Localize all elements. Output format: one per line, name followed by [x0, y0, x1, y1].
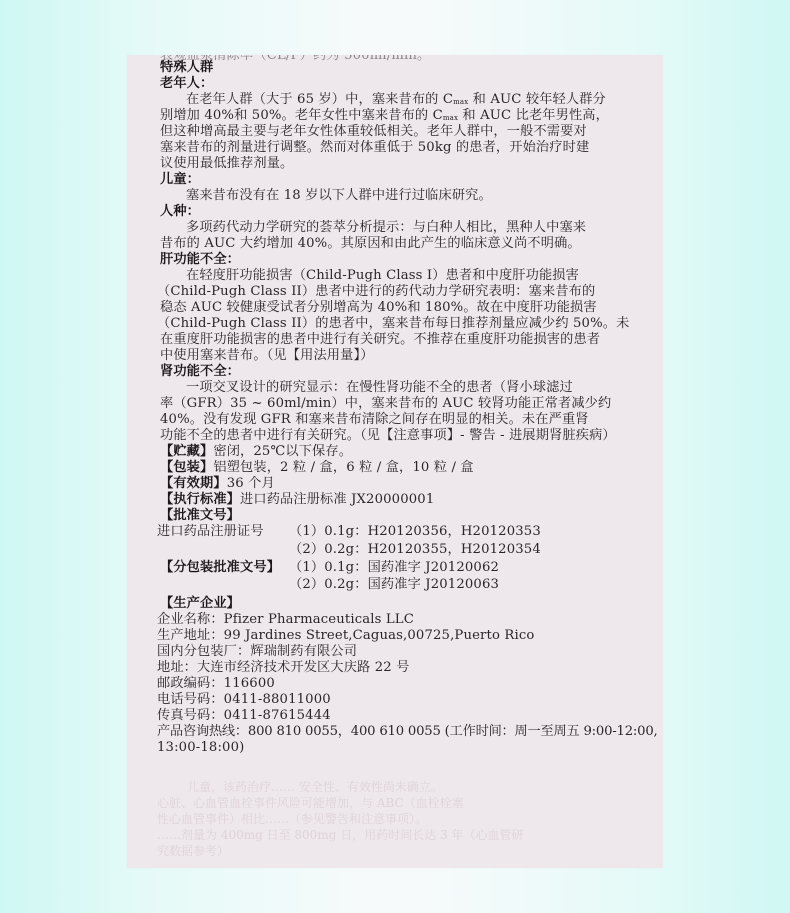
bleed-through-text: 究数据参考）	[157, 844, 229, 859]
heading-renal: 肾功能不全：	[160, 364, 240, 379]
hepatic-line-2: （Child-Pugh Class II）患者中进行的药代动力学研究表明：塞来昔…	[157, 284, 595, 299]
elderly-line-3: 但这种增高最主要与老年女性体重较低相关。老年人群中，一般不需要对	[160, 124, 587, 139]
heading-elderly: 老年人：	[160, 76, 213, 91]
fax-number: 传真号码：0411-87615444	[157, 708, 331, 723]
renal-line-2: 率（GFR）35 ~ 60ml/min）中，塞来昔布的 AUC 较肾功能正常者减…	[160, 396, 611, 411]
import-reg-row-1: （1）0.1g：H20120356，H20120353	[289, 524, 541, 539]
package-row: 【包装】铝塑包装，2 粒 / 盒，6 粒 / 盒，10 粒 / 盒	[160, 460, 474, 475]
renal-line-3: 40%。没有发现 GFR 和塞来昔布清除之间存在明显的相关。未在严重肾	[160, 412, 589, 427]
standard-label: 【执行标准】	[160, 492, 240, 507]
subpacker-address: 地址：大连市经济技术开发区大庆路 22 号	[157, 660, 410, 675]
hotline-hours-cont: 13:00-18:00)	[157, 740, 244, 755]
section-heading-special-populations: 特殊人群	[160, 60, 213, 75]
subpack-row-1: （1）0.1g：国药准字 J20120062	[289, 560, 499, 575]
subpack-row-2: （2）0.2g：国药准字 J20120063	[289, 577, 499, 592]
bleed-through-text: 心脏、心血管血栓事件风险可能增加，与 ABC（血栓栓塞	[157, 796, 464, 811]
subpacker-name: 国内分包装厂：辉瑞制药有限公司	[157, 644, 357, 659]
shelf-life-value: 36 个月	[227, 476, 275, 491]
manufacturer-address: 生产地址：99 Jardines Street,Caguas,00725,Pue…	[157, 628, 534, 643]
bleed-through-text: 性心血管事件）相比……（参见警告和注意事项）。	[157, 812, 427, 827]
standard-row: 【执行标准】进口药品注册标准 JX20000001	[160, 492, 434, 507]
manufacturer-label: 【生产企业】	[160, 596, 240, 611]
hepatic-line-5: 在重度肝功能损害的患者中进行有关研究。不推荐在重度肝功能损害的患者	[160, 332, 600, 347]
import-reg-label: 进口药品注册证号	[157, 524, 264, 539]
bleed-through-text: ……剂量为 400mg 日至 800mg 日，用药时间长达 3 年（心血管研	[157, 828, 523, 843]
hotline: 产品咨询热线：800 810 0055，400 610 0055 (工作时间：周…	[157, 724, 658, 739]
storage-row: 【贮藏】密闭，25℃以下保存。	[160, 444, 352, 459]
shelf-life-label: 【有效期】	[160, 476, 227, 491]
heading-race: 人种：	[160, 204, 200, 219]
postal-code: 邮政编码：116600	[157, 676, 275, 691]
hepatic-line-3: 稳态 AUC 较健康受试者分别增高为 40%和 180%。故在中度肝功能损害	[160, 300, 597, 315]
hepatic-line-1: 在轻度肝功能损害（Child-Pugh Class I）患者和中度肝功能损害	[186, 268, 579, 283]
heading-children: 儿童：	[160, 172, 200, 187]
import-reg-row-2: （2）0.2g：H20120355，H20120354	[289, 542, 541, 557]
phone-number: 电话号码：0411-88011000	[157, 692, 331, 707]
elderly-line-5: 议使用最低推荐剂量。	[160, 156, 293, 171]
package-label: 【包装】	[160, 460, 213, 475]
hepatic-line-6: 中使用塞来昔布。（见【用法用量】）	[160, 348, 374, 363]
elderly-line-4: 塞来昔布的剂量进行调整。然而对体重低于 50kg 的患者，开始治疗时建	[160, 140, 589, 155]
storage-label: 【贮藏】	[160, 444, 213, 459]
manufacturer-name: 企业名称：Pfizer Pharmaceuticals LLC	[157, 612, 414, 627]
standard-value: 进口药品注册标准 JX20000001	[240, 492, 434, 507]
renal-line-1: 一项交叉设计的研究显示：在慢性肾功能不全的患者（肾小球滤过	[186, 380, 573, 395]
approval-label: 【批准文号】	[160, 508, 240, 523]
race-line-2: 昔布的 AUC 大约增加 40%。其原因和由此产生的临床意义尚不明确。	[160, 236, 581, 251]
package-value: 铝塑包装，2 粒 / 盒，6 粒 / 盒，10 粒 / 盒	[213, 460, 473, 475]
renal-line-4: 功能不全的患者中进行有关研究。（见【注意事项】- 警告 - 进展期肾脏疾病）	[160, 428, 616, 443]
heading-hepatic: 肝功能不全：	[160, 252, 240, 267]
shelf-life-row: 【有效期】36 个月	[160, 476, 275, 491]
children-line-1: 塞来昔布没有在 18 岁以下人群中进行过临床研究。	[186, 188, 492, 203]
bleed-through-text: 儿童，该药治疗…… 安全性、有效性尚未确立。	[187, 780, 443, 795]
race-line-1: 多项药代动力学研究的荟萃分析提示：与白种人相比，黑种人中塞来	[186, 220, 586, 235]
storage-value: 密闭，25℃以下保存。	[213, 444, 352, 459]
subpack-label: 【分包装批准文号】	[160, 560, 280, 575]
hepatic-line-4: （Child-Pugh Class II）的患者中，塞来昔布每日推荐剂量应减少约…	[157, 316, 629, 331]
package-insert-page: 表观血浆清除率（CL/F）约为 500ml/min。 特殊人群 老年人： 在老年…	[127, 55, 663, 868]
